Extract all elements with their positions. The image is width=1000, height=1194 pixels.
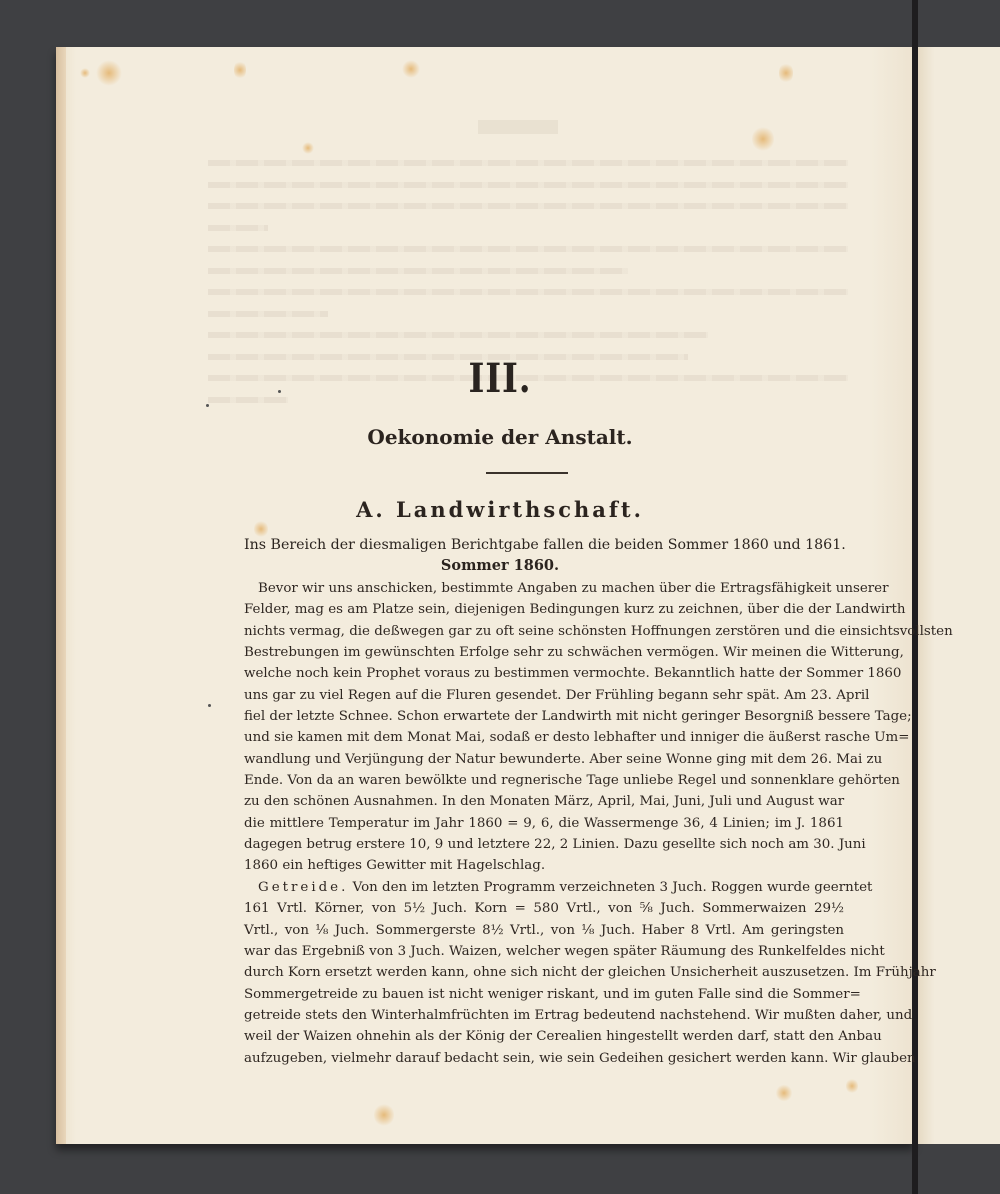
speck (208, 704, 211, 707)
text-line: Sommergetreide zu bauen ist nicht wenige… (244, 984, 844, 1005)
speck (206, 404, 209, 407)
text-line: Bevor wir uns anschicken, bestimmte Anga… (244, 578, 844, 599)
text-line: Ende. Von da an waren bewölkte und regne… (244, 770, 844, 791)
text-line: weil der Waizen ohnehin als der König de… (244, 1026, 844, 1047)
text-line: Vrtl., von ⅛ Juch. Sommergerste 8½ Vrtl.… (244, 920, 844, 941)
text-line: getreide stets den Winterhalmfrüchten im… (244, 1005, 844, 1026)
subsection-title: A. Landwirthschaft. (0, 497, 1000, 522)
foxing-stain (846, 1078, 858, 1094)
text-line: Bestrebungen im gewünschten Erfolge sehr… (244, 642, 844, 663)
divider-rule (486, 472, 568, 474)
getreide-lead: Getreide. (258, 880, 348, 895)
foxing-stain (96, 60, 122, 86)
text-line: welche noch kein Prophet voraus zu besti… (244, 663, 844, 684)
text-line: 1860 ein heftiges Gewitter mit Hagelschl… (244, 855, 844, 876)
foxing-stain (80, 68, 90, 78)
text-line: wandlung und Verjüngung der Natur bewund… (244, 749, 844, 770)
foxing-stain (779, 62, 793, 84)
text-line: und sie kamen mit dem Monat Mai, sodaß e… (244, 727, 844, 748)
foxing-stain (254, 520, 268, 538)
text-line: nichts vermag, die deßwegen gar zu oft s… (244, 621, 844, 642)
text-line: Felder, mag es am Platze sein, diejenige… (244, 599, 844, 620)
foxing-stain (776, 1084, 792, 1102)
getreide-rest: Von den im letzten Programm verzeichnete… (353, 880, 873, 895)
text-line-getreide: Getreide. Von den im letzten Programm ve… (244, 877, 844, 898)
foxing-stain (752, 126, 774, 152)
text-line: 161 Vrtl. Körner, von 5½ Juch. Korn = 58… (244, 898, 844, 919)
text-line: dagegen betrug erstere 10, 9 und letzter… (244, 834, 844, 855)
text-line: die mittlere Temperatur im Jahr 1860 = 9… (244, 813, 844, 834)
text-line: uns gar zu viel Regen auf die Fluren ges… (244, 685, 844, 706)
body-text: Bevor wir uns anschicken, bestimmte Anga… (244, 578, 844, 1069)
text-line: war das Ergebniß von 3 Juch. Waizen, wel… (244, 941, 844, 962)
text-line: aufzugeben, vielmehr darauf bedacht sein… (244, 1048, 844, 1069)
foxing-stain (374, 1103, 394, 1127)
intro-line: Ins Bereich der diesmaligen Berichtgabe … (244, 537, 844, 553)
foxing-stain (234, 60, 246, 80)
text-line: durch Korn ersetzt werden kann, ohne sic… (244, 962, 844, 983)
foxing-stain (402, 60, 420, 78)
subheading-summer-1860: Sommer 1860. (0, 557, 1000, 574)
book-spread: III. Oekonomie der Anstalt. A. Landwirth… (0, 0, 1000, 1194)
text-line: fiel der letzte Schnee. Schon erwartete … (244, 706, 844, 727)
section-title: Oekonomie der Anstalt. (0, 425, 1000, 449)
page-edge (56, 47, 66, 1144)
foxing-stain (302, 142, 314, 154)
chapter-number: III. (75, 355, 925, 402)
text-line: zu den schönen Ausnahmen. In den Monaten… (244, 791, 844, 812)
